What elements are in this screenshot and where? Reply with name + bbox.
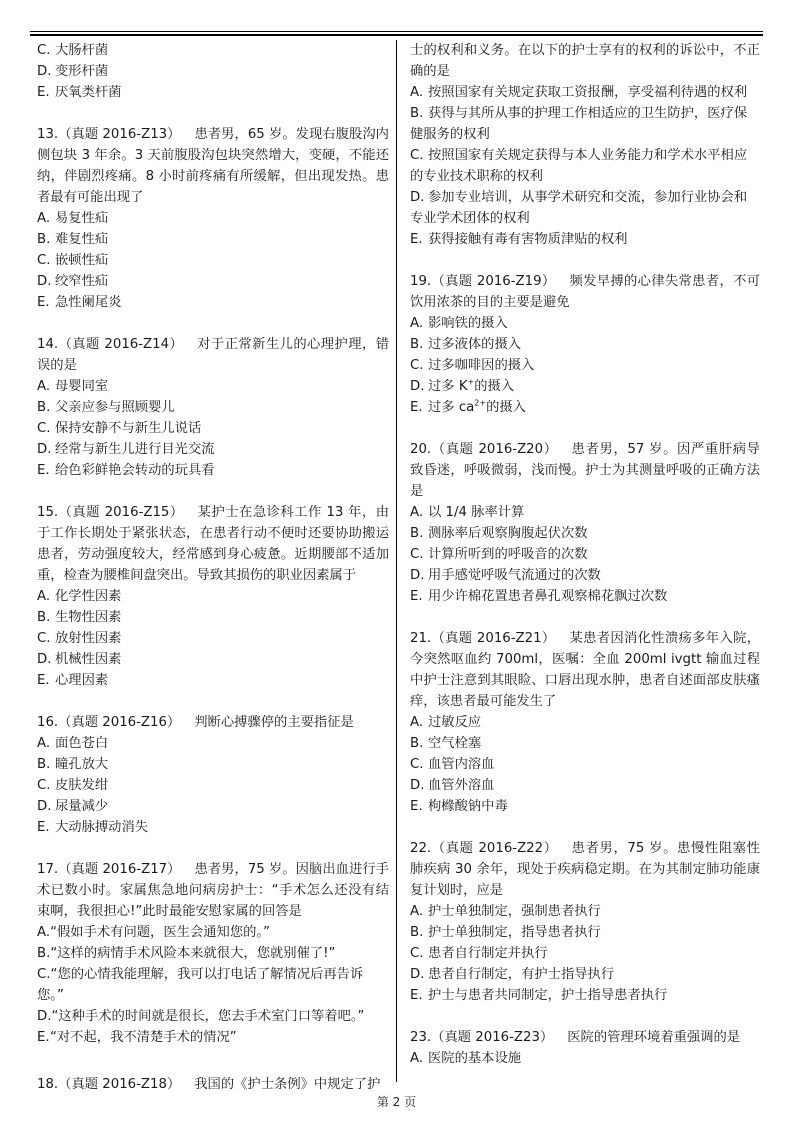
question-stem: 21.（真题 2016-Z21）某患者因消化性溃疡多年入院，今突然呕血约 700… xyxy=(410,628,760,712)
question-21: 21.（真题 2016-Z21）某患者因消化性溃疡多年入院，今突然呕血约 700… xyxy=(410,628,760,817)
option-c: C.按照国家有关规定获得与本人业务能力和学术水平相应的专业技术职称的权利 xyxy=(410,145,760,187)
option-d: D.经常与新生儿进行目光交流 xyxy=(37,439,389,460)
option-e: E.急性阑尾炎 xyxy=(37,292,389,313)
header-rule-thick xyxy=(30,34,763,36)
question-20: 20.（真题 2016-Z20）患者男，57 岁。因严重肝病导致昏迷，呼吸微弱，… xyxy=(410,439,760,607)
option-d: D.绞窄性疝 xyxy=(37,271,389,292)
page-number: 第 2 页 xyxy=(0,1093,793,1110)
option-c: C.保持安静不与新生儿说话 xyxy=(37,418,389,439)
option-c: C.血管内溶血 xyxy=(410,754,760,775)
option-b: B.过多液体的摄入 xyxy=(410,334,760,355)
option-b: B.获得与其所从事的护理工作相适应的卫生防护，医疗保健服务的权利 xyxy=(410,103,760,145)
question-stem: 15.（真题 2016-Z15）某护士在急诊科工作 13 年，由于工作长期处于紧… xyxy=(37,502,389,586)
option-b: B.难复性疝 xyxy=(37,229,389,250)
option-e: E.获得接触有毒有害物质津贴的权利 xyxy=(410,229,760,250)
question-18-continued: 士的权利和义务。在以下的护士享有的权利的诉讼中，不正确的是 A.按照国家有关规定… xyxy=(410,40,760,250)
right-column: 士的权利和义务。在以下的护士享有的权利的诉讼中，不正确的是 A.按照国家有关规定… xyxy=(410,40,760,1090)
option-e: E.给色彩鲜艳会转动的玩具看 xyxy=(37,460,389,481)
question-stem: 22.（真题 2016-Z22）患者男，75 岁。患慢性阻塞性肺疾病 30 余年… xyxy=(410,838,760,901)
option-a: A.护士单独制定，强制患者执行 xyxy=(410,901,760,922)
option-b: B.“这样的病情手术风险本来就很大，您就别催了!” xyxy=(37,943,389,964)
left-column: C.大肠杆菌 D.变形杆菌 E.厌氧类杆菌 13.（真题 2016-Z13）患者… xyxy=(37,40,389,1116)
option-a: A.按照国家有关规定获取工资报酬，享受福利待遇的权利 xyxy=(410,82,760,103)
option-d: D.用手感觉呼吸气流通过的次数 xyxy=(410,565,760,586)
option-c: C.“您的心情我能理解，我可以打电话了解情况后再告诉您。” xyxy=(37,964,389,1006)
option-d: D.血管外溶血 xyxy=(410,775,760,796)
option-d: D.尿量减少 xyxy=(37,796,389,817)
option-d: D.过多 K+的摄入 xyxy=(410,376,760,397)
question-19: 19.（真题 2016-Z19）频发早搏的心律失常患者，不可饮用浓茶的目的主要是… xyxy=(410,271,760,418)
option-a: A.过敏反应 xyxy=(410,712,760,733)
option-e: E.大动脉搏动消失 xyxy=(37,817,389,838)
header-rule-thin xyxy=(30,31,763,32)
question-15: 15.（真题 2016-Z15）某护士在急诊科工作 13 年，由于工作长期处于紧… xyxy=(37,502,389,691)
column-divider xyxy=(396,40,397,1082)
option-a: A.医院的基本设施 xyxy=(410,1048,760,1069)
option-a: A.影响铁的摄入 xyxy=(410,313,760,334)
question-14: 14.（真题 2016-Z14）对于正常新生儿的心理护理，错误的是 A.母婴同室… xyxy=(37,334,389,481)
option-c: C.嵌顿性疝 xyxy=(37,250,389,271)
question-12-continued: C.大肠杆菌 D.变形杆菌 E.厌氧类杆菌 xyxy=(37,40,389,103)
option-e: E.心理因素 xyxy=(37,670,389,691)
question-13: 13.（真题 2016-Z13）患者男，65 岁。发现右腹股沟内侧包块 3 年余… xyxy=(37,124,389,313)
option-a: A.“假如手术有问题，医生会通知您的。” xyxy=(37,922,389,943)
question-stem: 14.（真题 2016-Z14）对于正常新生儿的心理护理，错误的是 xyxy=(37,334,389,376)
option-b: B.空气栓塞 xyxy=(410,733,760,754)
option-a: A.化学性因素 xyxy=(37,586,389,607)
option-b: B.护士单独制定，指导患者执行 xyxy=(410,922,760,943)
option-e: E.厌氧类杆菌 xyxy=(37,82,389,103)
option-d: D.“这种手术的时间就是很长，您去手术室门口等着吧。” xyxy=(37,1006,389,1027)
question-18: 18.（真题 2016-Z18）我国的《护士条例》中规定了护 xyxy=(37,1074,389,1095)
superscript-charge: 2+ xyxy=(474,399,486,408)
question-stem: 19.（真题 2016-Z19）频发早搏的心律失常患者，不可饮用浓茶的目的主要是… xyxy=(410,271,760,313)
option-e: E.用少许棉花置患者鼻孔观察棉花飘过次数 xyxy=(410,586,760,607)
question-stem: 16.（真题 2016-Z16）判断心搏骤停的主要指征是 xyxy=(37,712,389,733)
option-a: A.以 1/4 脉率计算 xyxy=(410,502,760,523)
option-e: E.“对不起，我不清楚手术的情况” xyxy=(37,1027,389,1048)
option-b: B.父亲应参与照顾婴儿 xyxy=(37,397,389,418)
option-a: A.易复性疝 xyxy=(37,208,389,229)
question-22: 22.（真题 2016-Z22）患者男，75 岁。患慢性阻塞性肺疾病 30 余年… xyxy=(410,838,760,1006)
option-a: A.母婴同室 xyxy=(37,376,389,397)
option-c: C.大肠杆菌 xyxy=(37,40,389,61)
question-stem: 17.（真题 2016-Z17）患者男，75 岁。因脑出血进行手术已数小时。家属… xyxy=(37,859,389,922)
question-stem: 20.（真题 2016-Z20）患者男，57 岁。因严重肝病导致昏迷，呼吸微弱，… xyxy=(410,439,760,502)
question-17: 17.（真题 2016-Z17）患者男，75 岁。因脑出血进行手术已数小时。家属… xyxy=(37,859,389,1048)
option-c: C.计算所听到的呼吸音的次数 xyxy=(410,544,760,565)
option-d: D.参加专业培训，从事学术研究和交流，参加行业协会和专业学术团体的权利 xyxy=(410,187,760,229)
option-c: C.患者自行制定并执行 xyxy=(410,943,760,964)
option-c: C.皮肤发绀 xyxy=(37,775,389,796)
option-e: E.过多 ca2+的摄入 xyxy=(410,397,760,418)
question-23: 23.（真题 2016-Z23）医院的管理环境着重强调的是 A.医院的基本设施 xyxy=(410,1027,760,1069)
option-c: C.放射性因素 xyxy=(37,628,389,649)
option-d: D.机械性因素 xyxy=(37,649,389,670)
option-b: B.生物性因素 xyxy=(37,607,389,628)
option-d: D.变形杆菌 xyxy=(37,61,389,82)
option-e: E.护士与患者共同制定，护士指导患者执行 xyxy=(410,985,760,1006)
option-b: B.瞳孔放大 xyxy=(37,754,389,775)
question-stem: 23.（真题 2016-Z23）医院的管理环境着重强调的是 xyxy=(410,1027,760,1048)
question-stem: 18.（真题 2016-Z18）我国的《护士条例》中规定了护 xyxy=(37,1074,389,1095)
option-b: B.测脉率后观察胸腹起伏次数 xyxy=(410,523,760,544)
question-stem: 士的权利和义务。在以下的护士享有的权利的诉讼中，不正确的是 xyxy=(410,40,760,82)
option-a: A.面色苍白 xyxy=(37,733,389,754)
option-d: D.患者自行制定，有护士指导执行 xyxy=(410,964,760,985)
option-c: C.过多咖啡因的摄入 xyxy=(410,355,760,376)
question-16: 16.（真题 2016-Z16）判断心搏骤停的主要指征是 A.面色苍白 B.瞳孔… xyxy=(37,712,389,838)
option-e: E.枸橼酸钠中毒 xyxy=(410,796,760,817)
question-stem: 13.（真题 2016-Z13）患者男，65 岁。发现右腹股沟内侧包块 3 年余… xyxy=(37,124,389,208)
